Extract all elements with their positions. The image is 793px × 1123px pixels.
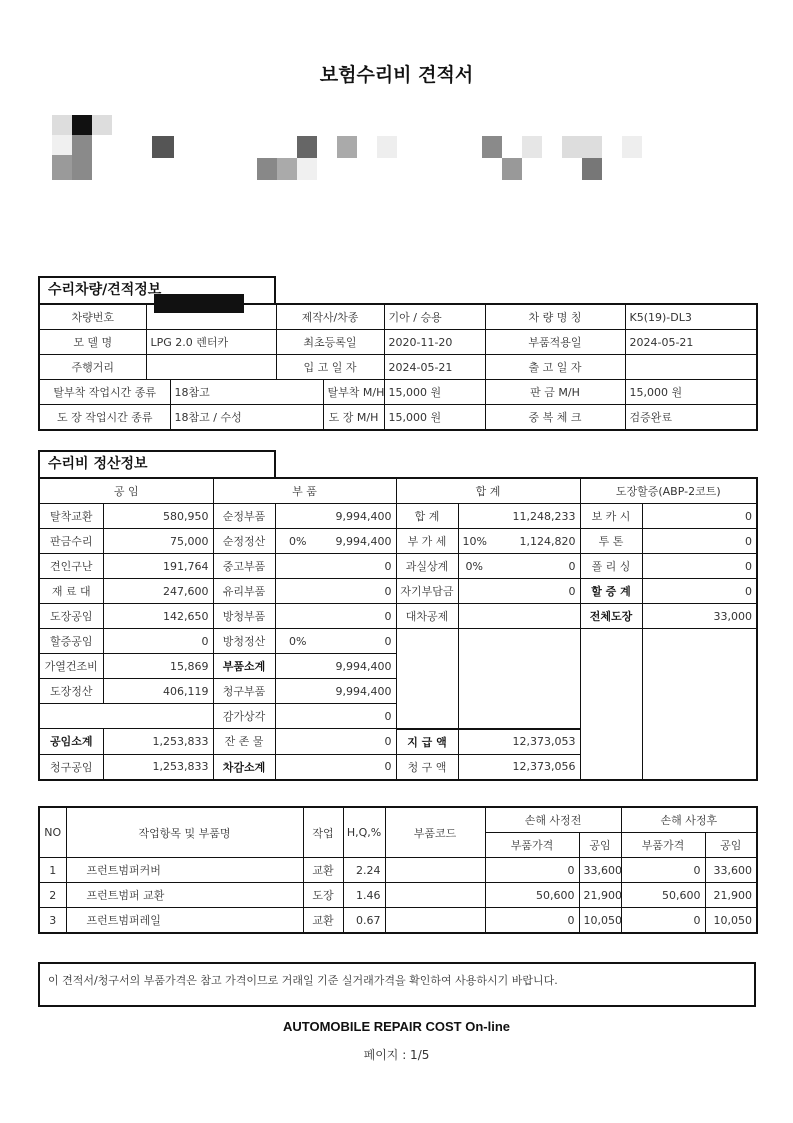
item-work: 교환 bbox=[303, 908, 343, 934]
labor-value: 247,600 bbox=[103, 579, 213, 604]
claim-amount-value: 12,373,056 bbox=[458, 754, 580, 780]
settlement-header-row: 공 임 부 품 합 계 도장할증(ABP-2코트) bbox=[39, 478, 757, 504]
header-part-code: 부품코드 bbox=[385, 807, 485, 858]
vehicle-info-table: 차량번호 제작사/차종 기아 / 승용 차 량 명 칭 K5(19)-DL3 모… bbox=[38, 303, 758, 431]
value-maker: 기아 / 승용 bbox=[384, 304, 485, 330]
header-parts: 부 품 bbox=[213, 478, 396, 504]
labor-label: 판금수리 bbox=[39, 529, 103, 554]
label-maker: 제작사/차종 bbox=[276, 304, 384, 330]
page-indicator: 페이지 : 1/5 bbox=[0, 1046, 793, 1063]
parts-label: 유리부품 bbox=[213, 579, 275, 604]
document-title: 보험수리비 견적서 bbox=[0, 60, 793, 87]
value-model: LPG 2.0 렌터카 bbox=[146, 330, 276, 355]
price-notice: 이 견적서/청구서의 부품가격은 참고 가격이므로 거래일 기준 실거래가격을 … bbox=[38, 962, 756, 1007]
value-paint-mh: 15,000 원 bbox=[384, 405, 485, 431]
vehicle-info-row: 차량번호 제작사/차종 기아 / 승용 차 량 명 칭 K5(19)-DL3 bbox=[39, 304, 757, 330]
labor-value: 15,869 bbox=[103, 654, 213, 679]
labor-label: 견인구난 bbox=[39, 554, 103, 579]
item-row: 2 프런트범퍼 교환 도장 1.46 50,600 21,900 50,600 … bbox=[39, 883, 757, 908]
total-value: 0 bbox=[490, 554, 580, 579]
label-removal-time-type: 탈부착 작업시간 종류 bbox=[39, 380, 170, 405]
labor-value: 0 bbox=[103, 629, 213, 654]
total-label: 대차공제 bbox=[396, 604, 458, 629]
value-vehicle-name: K5(19)-DL3 bbox=[625, 304, 757, 330]
label-model: 모 델 명 bbox=[39, 330, 146, 355]
item-work: 도장 bbox=[303, 883, 343, 908]
parts-label: 방청정산 bbox=[213, 629, 275, 654]
parts-value: 0 bbox=[275, 579, 396, 604]
header-before-labor: 공임 bbox=[579, 833, 621, 858]
parts-value: 0 bbox=[320, 629, 396, 654]
parts-rate: 0% bbox=[275, 629, 320, 654]
label-duplicate-check: 중 복 체 크 bbox=[485, 405, 625, 431]
paint-value: 0 bbox=[642, 529, 757, 554]
settlement-row: 도장공임 142,650 방청부품 0 대차공제 전체도장 33,000 bbox=[39, 604, 757, 629]
labor-label: 탈착교환 bbox=[39, 504, 103, 529]
parts-value: 0 bbox=[275, 704, 396, 729]
parts-label: 순정부품 bbox=[213, 504, 275, 529]
settlement-row: 할증공임 0 방청정산 0% 0 bbox=[39, 629, 757, 654]
labor-value: 580,950 bbox=[103, 504, 213, 529]
parts-value: 9,994,400 bbox=[320, 529, 396, 554]
parts-value: 0 bbox=[275, 604, 396, 629]
label-in-date: 입 고 일 자 bbox=[276, 355, 384, 380]
label-paint-mh: 도 장 M/H bbox=[323, 405, 384, 431]
settlement-section-title: 수리비 정산정보 bbox=[38, 450, 276, 478]
labor-value: 406,119 bbox=[103, 679, 213, 704]
total-value: 11,248,233 bbox=[458, 504, 580, 529]
item-no: 1 bbox=[39, 858, 66, 883]
value-out-date bbox=[625, 355, 757, 380]
paint-value: 0 bbox=[642, 579, 757, 604]
paint-value: 33,000 bbox=[642, 604, 757, 629]
items-header-row: NO 작업항목 및 부품명 작업 H,Q,% 부품코드 손해 사정전 손해 사정… bbox=[39, 807, 757, 833]
footer-brand: AUTOMOBILE REPAIR COST On-line bbox=[0, 1019, 793, 1034]
value-first-registration: 2020-11-20 bbox=[384, 330, 485, 355]
header-work: 작업 bbox=[303, 807, 343, 858]
labor-value: 1,253,833 bbox=[103, 754, 213, 780]
parts-value: 0 bbox=[275, 729, 396, 755]
item-name: 프런트범퍼 교환 bbox=[66, 883, 303, 908]
total-label: 합 계 bbox=[396, 504, 458, 529]
settlement-row: 탈착교환 580,950 순정부품 9,994,400 합 계 11,248,2… bbox=[39, 504, 757, 529]
total-value: 1,124,820 bbox=[490, 529, 580, 554]
label-vehicle-name: 차 량 명 칭 bbox=[485, 304, 625, 330]
value-paint-time-type: 18참고 / 수성 bbox=[170, 405, 323, 431]
item-after-part: 0 bbox=[621, 858, 705, 883]
parts-value: 9,994,400 bbox=[275, 679, 396, 704]
value-mileage bbox=[146, 355, 276, 380]
item-after-labor: 33,600 bbox=[705, 858, 757, 883]
labor-label: 가열건조비 bbox=[39, 654, 103, 679]
item-work: 교환 bbox=[303, 858, 343, 883]
value-parts-date: 2024-05-21 bbox=[625, 330, 757, 355]
parts-label: 청구부품 bbox=[213, 679, 275, 704]
payment-amount-value: 12,373,053 bbox=[458, 729, 580, 755]
labor-label: 할증공임 bbox=[39, 629, 103, 654]
label-parts-date: 부품적용일 bbox=[485, 330, 625, 355]
header-no: NO bbox=[39, 807, 66, 858]
item-after-part: 50,600 bbox=[621, 883, 705, 908]
labor-value: 142,650 bbox=[103, 604, 213, 629]
paint-label: 할 증 계 bbox=[580, 579, 642, 604]
total-label: 부 가 세 bbox=[396, 529, 458, 554]
total-rate: 0% bbox=[458, 554, 490, 579]
parts-value: 0 bbox=[275, 554, 396, 579]
labor-value: 191,764 bbox=[103, 554, 213, 579]
parts-rate: 0% bbox=[275, 529, 320, 554]
header-before-assessment: 손해 사정전 bbox=[485, 807, 621, 833]
label-first-registration: 최초등록일 bbox=[276, 330, 384, 355]
labor-label: 도장정산 bbox=[39, 679, 103, 704]
paint-label: 전체도장 bbox=[580, 604, 642, 629]
labor-subtotal-value: 1,253,833 bbox=[103, 729, 213, 755]
header-after-assessment: 손해 사정후 bbox=[621, 807, 757, 833]
labor-label: 재 료 대 bbox=[39, 579, 103, 604]
header-after-labor: 공임 bbox=[705, 833, 757, 858]
item-before-labor: 10,050 bbox=[579, 908, 621, 934]
total-label: 과실상계 bbox=[396, 554, 458, 579]
label-mileage: 주행거리 bbox=[39, 355, 146, 380]
total-empty-label bbox=[396, 629, 458, 729]
paint-empty-label bbox=[580, 629, 642, 780]
claim-amount-label: 청 구 액 bbox=[396, 754, 458, 780]
item-row: 1 프런트범퍼커버 교환 2.24 0 33,600 0 33,600 bbox=[39, 858, 757, 883]
labor-subtotal-label: 공임소계 bbox=[39, 729, 103, 755]
labor-label: 도장공임 bbox=[39, 604, 103, 629]
parts-label: 차감소계 bbox=[213, 754, 275, 780]
redaction-bar bbox=[154, 294, 244, 313]
paint-label: 투 톤 bbox=[580, 529, 642, 554]
parts-value: 0 bbox=[275, 754, 396, 780]
item-hq: 2.24 bbox=[343, 858, 385, 883]
value-removal-time-type: 18참고 bbox=[170, 380, 323, 405]
item-part-code bbox=[385, 858, 485, 883]
paint-value: 0 bbox=[642, 504, 757, 529]
label-out-date: 출 고 일 자 bbox=[485, 355, 625, 380]
label-vehicle-number: 차량번호 bbox=[39, 304, 146, 330]
label-removal-mh: 탈부착 M/H bbox=[323, 380, 384, 405]
header-before-part-price: 부품가격 bbox=[485, 833, 579, 858]
parts-label: 잔 존 물 bbox=[213, 729, 275, 755]
total-value: 0 bbox=[458, 579, 580, 604]
item-hq: 1.46 bbox=[343, 883, 385, 908]
vehicle-info-row: 탈부착 작업시간 종류 18참고 탈부착 M/H 15,000 원 판 금 M/… bbox=[39, 380, 757, 405]
header-after-part-price: 부품가격 bbox=[621, 833, 705, 858]
value-duplicate-check: 검증완료 bbox=[625, 405, 757, 431]
parts-value: 9,994,400 bbox=[275, 504, 396, 529]
total-empty-value bbox=[458, 629, 580, 729]
header-labor: 공 임 bbox=[39, 478, 213, 504]
item-after-labor: 21,900 bbox=[705, 883, 757, 908]
item-part-code bbox=[385, 883, 485, 908]
header-item-name: 작업항목 및 부품명 bbox=[66, 807, 303, 858]
labor-value: 75,000 bbox=[103, 529, 213, 554]
value-removal-mh: 15,000 원 bbox=[384, 380, 485, 405]
paint-label: 폴 리 싱 bbox=[580, 554, 642, 579]
paint-label: 보 카 시 bbox=[580, 504, 642, 529]
label-paint-time-type: 도 장 작업시간 종류 bbox=[39, 405, 170, 431]
parts-label: 순정정산 bbox=[213, 529, 275, 554]
item-before-labor: 33,600 bbox=[579, 858, 621, 883]
value-sheet-metal-mh: 15,000 원 bbox=[625, 380, 757, 405]
paint-value: 0 bbox=[642, 554, 757, 579]
parts-value: 9,994,400 bbox=[275, 654, 396, 679]
vehicle-info-row: 주행거리 입 고 일 자 2024-05-21 출 고 일 자 bbox=[39, 355, 757, 380]
item-name: 프런트범퍼레일 bbox=[66, 908, 303, 934]
item-part-code bbox=[385, 908, 485, 934]
header-paint-surcharge: 도장할증(ABP-2코트) bbox=[580, 478, 757, 504]
item-name: 프런트범퍼커버 bbox=[66, 858, 303, 883]
value-in-date: 2024-05-21 bbox=[384, 355, 485, 380]
parts-label: 감가상각 bbox=[213, 704, 275, 729]
settlement-row: 재 료 대 247,600 유리부품 0 자기부담금 0 할 증 계 0 bbox=[39, 579, 757, 604]
item-before-part: 50,600 bbox=[485, 883, 579, 908]
parts-label: 방청부품 bbox=[213, 604, 275, 629]
total-value bbox=[458, 604, 580, 629]
parts-label: 부품소계 bbox=[213, 654, 275, 679]
item-before-part: 0 bbox=[485, 908, 579, 934]
item-after-labor: 10,050 bbox=[705, 908, 757, 934]
header-total: 합 계 bbox=[396, 478, 580, 504]
settlement-row: 견인구난 191,764 중고부품 0 과실상계 0% 0 폴 리 싱 0 bbox=[39, 554, 757, 579]
item-no: 3 bbox=[39, 908, 66, 934]
item-before-part: 0 bbox=[485, 858, 579, 883]
parts-label: 중고부품 bbox=[213, 554, 275, 579]
label-sheet-metal-mh: 판 금 M/H bbox=[485, 380, 625, 405]
item-after-part: 0 bbox=[621, 908, 705, 934]
vehicle-info-row: 모 델 명 LPG 2.0 렌터카 최초등록일 2020-11-20 부품적용일… bbox=[39, 330, 757, 355]
settlement-row: 판금수리 75,000 순정정산 0% 9,994,400 부 가 세 10% … bbox=[39, 529, 757, 554]
item-hq: 0.67 bbox=[343, 908, 385, 934]
labor-empty bbox=[39, 704, 213, 729]
payment-amount-label: 지 급 액 bbox=[396, 729, 458, 755]
labor-label: 청구공임 bbox=[39, 754, 103, 780]
item-before-labor: 21,900 bbox=[579, 883, 621, 908]
total-label: 자기부담금 bbox=[396, 579, 458, 604]
repair-items-table: NO 작업항목 및 부품명 작업 H,Q,% 부품코드 손해 사정전 손해 사정… bbox=[38, 806, 758, 934]
item-row: 3 프런트범퍼레일 교환 0.67 0 10,050 0 10,050 bbox=[39, 908, 757, 934]
vehicle-info-row: 도 장 작업시간 종류 18참고 / 수성 도 장 M/H 15,000 원 중… bbox=[39, 405, 757, 431]
header-hq: H,Q,% bbox=[343, 807, 385, 858]
paint-empty-value bbox=[642, 629, 757, 780]
item-no: 2 bbox=[39, 883, 66, 908]
total-rate: 10% bbox=[458, 529, 490, 554]
settlement-table: 공 임 부 품 합 계 도장할증(ABP-2코트) 탈착교환 580,950 순… bbox=[38, 477, 758, 781]
